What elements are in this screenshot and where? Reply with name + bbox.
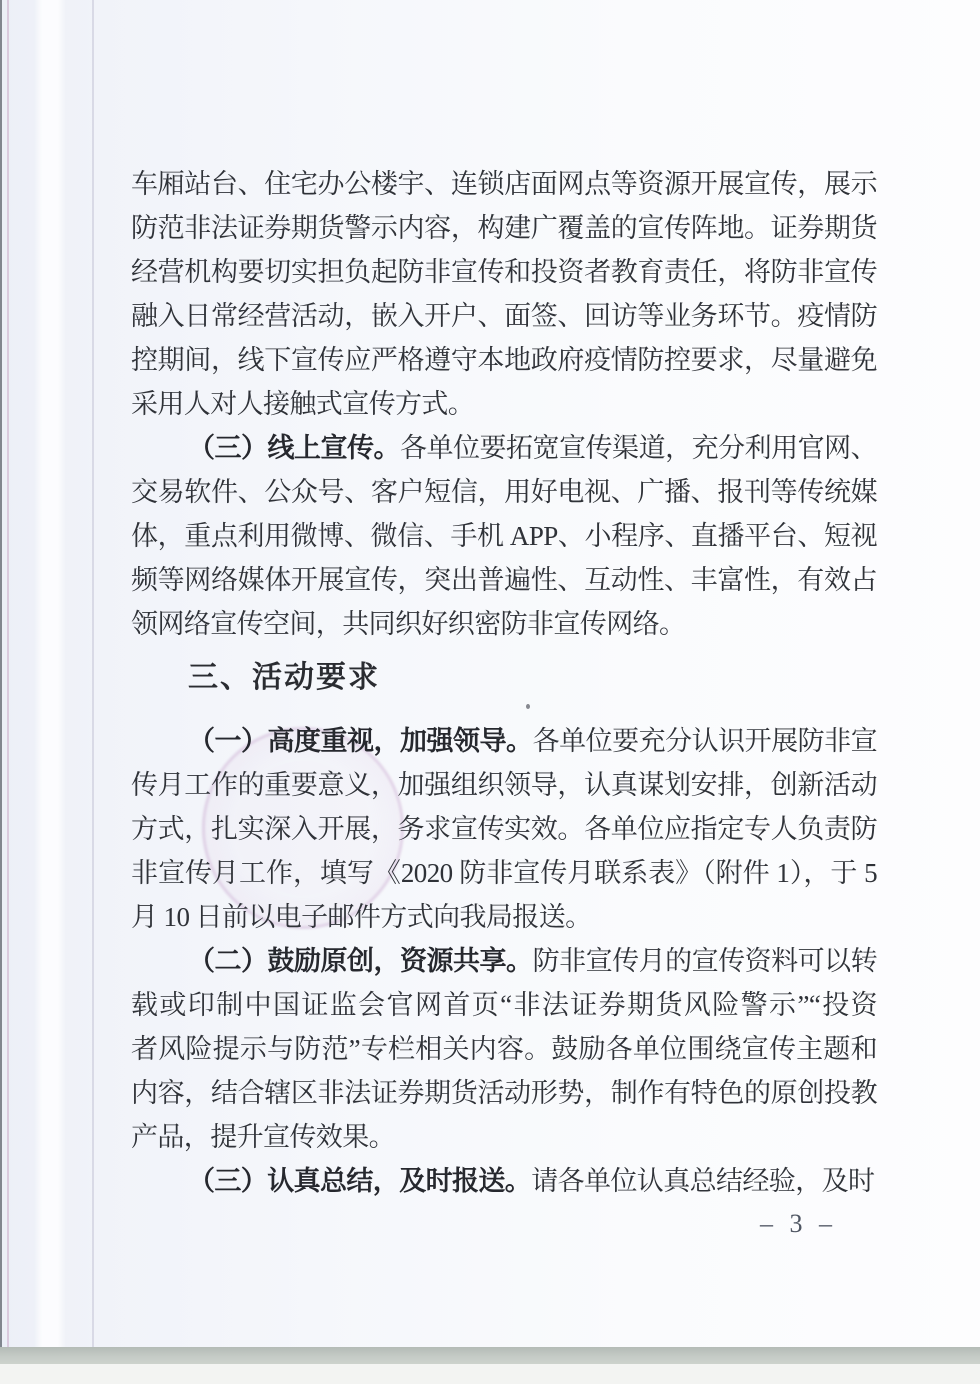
body-line: 体，重点利用微博、微信、手机 APP、小程序、直播平台、短视 [131,514,877,558]
body-line: 内容，结合辖区非法证券期货活动形势，制作有特色的原创投教 [131,1071,877,1115]
body-line: 控期间，线下宣传应严格遵守本地政府疫情防控要求，尽量避免 [131,338,877,382]
body-line: （三）认真总结，及时报送。请各单位认真总结经验，及时 [131,1159,877,1203]
body-line: 防范非法证券期货警示内容，构建广覆盖的宣传阵地。证券期货 [131,206,877,250]
page-number: – 3 – [131,1206,877,1242]
body-line: 交易软件、公众号、客户短信，用好电视、广播、报刊等传统媒 [131,470,877,514]
scanner-edge-band [0,1347,980,1364]
body-line: 融入日常经营活动，嵌入开户、面签、回访等业务环节。疫情防 [131,294,877,338]
body-line: 者风险提示与防范”专栏相关内容。鼓励各单位围绕宣传主题和 [131,1027,877,1071]
document-body: 车厢站台、住宅办公楼宇、连锁店面网点等资源开展宣传，展示 防范非法证券期货警示内… [131,162,877,1242]
body-line: 方式，扎实深入开展，务求宣传实效。各单位应指定专人负责防 [131,807,877,851]
body-line: 经营机构要切实担负起防非宣传和投资者教育责任，将防非宣传 [131,250,877,294]
run-in-heading: （三）认真总结，及时报送。 [188,1166,531,1196]
body-line: （三）线上宣传。各单位要拓宽宣传渠道，充分利用官网、 [131,426,877,470]
run-in-heading: （二）鼓励原创，资源共享。 [188,946,533,976]
body-line: 非宣传月工作，填写《2020 防非宣传月联系表》（附件 1），于 5 [131,851,877,895]
body-line: 月 10 日前以电子邮件方式向我局报送。 [131,895,877,939]
scanner-edge-band-light [0,1364,980,1384]
section-heading: 三、活动要求 [131,656,877,700]
paragraph-gap [131,700,877,719]
run-in-heading: （一）高度重视，加强领导。 [188,726,533,756]
body-line: （一）高度重视，加强领导。各单位要充分认识开展防非宣 [131,719,877,763]
body-line: 载或印制中国证监会官网首页“非法证券期货风险警示”“投资 [131,983,877,1027]
body-line: 频等网络媒体开展宣传，突出普遍性、互动性、丰富性，有效占 [131,558,877,602]
body-line: 领网络宣传空间，共同织好织密防非宣传网络。 [131,602,877,646]
body-line: 车厢站台、住宅办公楼宇、连锁店面网点等资源开展宣传，展示 [131,162,877,206]
body-line: 采用人对人接触式宣传方式。 [131,382,877,426]
body-line: （二）鼓励原创，资源共享。防非宣传月的宣传资料可以转 [131,939,877,983]
run-in-heading: （三）线上宣传。 [188,433,400,463]
body-line: 传月工作的重要意义，加强组织领导，认真谋划安排，创新活动 [131,763,877,807]
body-line: 产品，提升宣传效果。 [131,1115,877,1159]
